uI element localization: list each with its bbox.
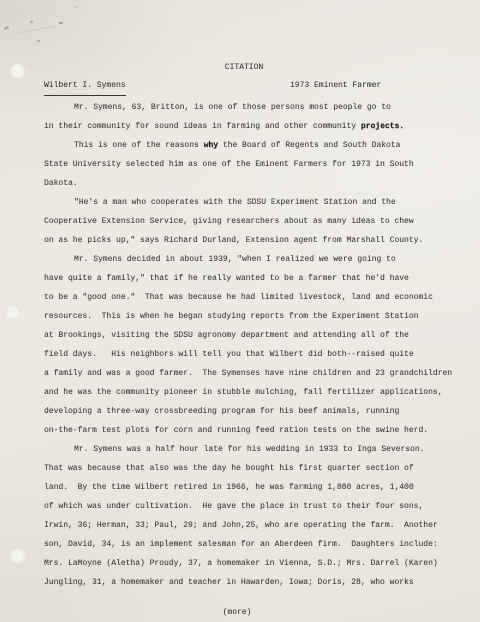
pencil-mark bbox=[37, 40, 40, 42]
document-line: land. By the time Wilbert retired in 196… bbox=[44, 478, 458, 497]
honoree-name: Wilbert I. Symens bbox=[44, 76, 126, 96]
text-segment: Mr. Symens was a half hour late for his … bbox=[74, 445, 424, 454]
text-segment: and he was the community pioneer in stub… bbox=[44, 388, 442, 397]
document-line: developing a three-way crossbreeding pro… bbox=[44, 402, 458, 421]
document-line: "He's a man who cooperates with the SDSU… bbox=[44, 193, 458, 212]
text-segment: developing a three-way crossbreeding pro… bbox=[44, 407, 399, 416]
document-line: and he was the community pioneer in stub… bbox=[44, 383, 458, 402]
text-segment: "He's a man who cooperates with the SDSU… bbox=[74, 198, 396, 207]
overstruck-text-segment: projects. bbox=[361, 122, 404, 131]
document-body: Mr. Symens, 63, Britton, is one of those… bbox=[44, 98, 458, 592]
text-segment: resources. This is when he began studyin… bbox=[44, 312, 418, 321]
text-segment: Jungling, 31, a homemaker and teacher in… bbox=[44, 578, 414, 587]
document-line: son, David, 34, is an implement salesman… bbox=[44, 535, 458, 554]
document-line: Mr. Symens, 63, Britton, is one of those… bbox=[44, 98, 458, 117]
document-line: on-the-farm test plots for corn and runn… bbox=[44, 421, 458, 440]
text-segment: Mr. Symens, 63, Britton, is one of those… bbox=[74, 103, 391, 112]
text-segment: in their community for sound ideas in fa… bbox=[44, 122, 361, 131]
document-line: of which was under cultivation. He gave … bbox=[44, 497, 458, 516]
text-segment: Irwin, 36; Herman, 33; Paul, 29; and Joh… bbox=[44, 521, 438, 530]
pencil-mark bbox=[74, 6, 77, 8]
pencil-mark bbox=[4, 26, 9, 30]
document-line: on as he picks up," says Richard Durland… bbox=[44, 231, 458, 250]
document-line: That was because that also was the day h… bbox=[44, 459, 458, 478]
document-line: a family and was a good farmer. The Syme… bbox=[44, 364, 458, 383]
pencil-mark bbox=[30, 21, 33, 23]
text-segment: the Board of Regents and South Dakota bbox=[218, 141, 400, 150]
text-segment: a family and was a good farmer. The Syme… bbox=[44, 369, 452, 378]
text-segment: land. By the time Wilbert retired in 196… bbox=[44, 483, 414, 492]
more-indicator: (more) bbox=[44, 603, 430, 622]
text-segment: Dakota. bbox=[44, 179, 78, 188]
punch-hole-icon bbox=[10, 63, 25, 78]
punch-hole-icon bbox=[5, 304, 20, 319]
document-line: Dakota. bbox=[44, 174, 458, 193]
text-segment: field days. His neighbors will tell you … bbox=[44, 350, 414, 359]
text-segment: State University selected him as one of … bbox=[44, 160, 414, 169]
document-line: Mrs. LaMoyne (Aletha) Proudy, 37, a home… bbox=[44, 554, 458, 573]
page-title: CITATION bbox=[44, 58, 444, 77]
text-segment: That was because that also was the day h… bbox=[44, 464, 414, 473]
overstruck-text-segment: why bbox=[204, 141, 218, 150]
award-subtitle: 1973 Eminent Farmer bbox=[290, 76, 381, 95]
text-segment: Mr. Symens decided in about 1939, "when … bbox=[74, 255, 396, 264]
document-line: Irwin, 36; Herman, 33; Paul, 29; and Joh… bbox=[44, 516, 458, 535]
document-line: This is one of the reasons why the Board… bbox=[44, 136, 458, 155]
text-segment: of which was under cultivation. He gave … bbox=[44, 502, 423, 511]
document-line: Mr. Symens decided in about 1939, "when … bbox=[44, 250, 458, 269]
text-segment: on as he picks up," says Richard Durland… bbox=[44, 236, 423, 245]
text-segment: Cooperative Extension Service, giving re… bbox=[44, 217, 414, 226]
pencil-mark bbox=[17, 25, 57, 34]
pencil-mark bbox=[59, 22, 63, 24]
text-segment: at Brookings, visiting the SDSU agronomy… bbox=[44, 331, 409, 340]
document-line: State University selected him as one of … bbox=[44, 155, 458, 174]
document-line: have quite a family," that if he really … bbox=[44, 269, 458, 288]
document-page: CITATION Wilbert I. Symens 1973 Eminent … bbox=[0, 0, 480, 622]
text-segment: son, David, 34, is an implement salesman… bbox=[44, 540, 438, 549]
document-line: Mr. Symens was a half hour late for his … bbox=[44, 440, 458, 459]
text-segment: have quite a family," that if he really … bbox=[44, 274, 409, 283]
document-line: field days. His neighbors will tell you … bbox=[44, 345, 458, 364]
document-line: Cooperative Extension Service, giving re… bbox=[44, 212, 458, 231]
document-line: at Brookings, visiting the SDSU agronomy… bbox=[44, 326, 458, 345]
document-line: resources. This is when he began studyin… bbox=[44, 307, 458, 326]
text-segment: This is one of the reasons bbox=[74, 141, 204, 150]
document-line: Jungling, 31, a homemaker and teacher in… bbox=[44, 573, 458, 592]
text-segment: on-the-farm test plots for corn and runn… bbox=[44, 426, 428, 435]
text-segment: Mrs. LaMoyne (Aletha) Proudy, 37, a home… bbox=[44, 559, 438, 568]
document-line: in their community for sound ideas in fa… bbox=[44, 117, 458, 136]
document-line: to be a "good one." That was because he … bbox=[44, 288, 458, 307]
text-segment: to be a "good one." That was because he … bbox=[44, 293, 433, 302]
header-row: Wilbert I. Symens 1973 Eminent Farmer bbox=[44, 76, 456, 95]
punch-hole-icon bbox=[10, 548, 25, 563]
